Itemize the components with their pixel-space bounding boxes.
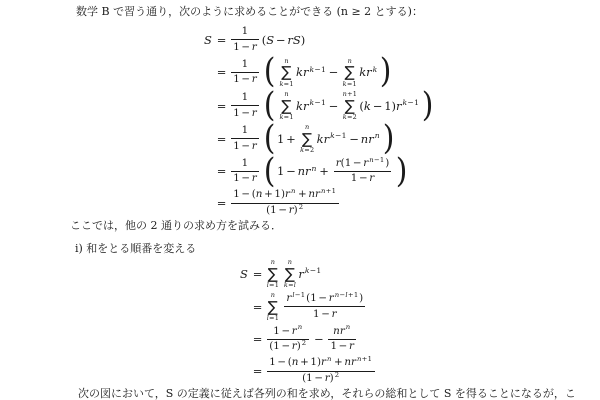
equation-lhs: S <box>204 33 212 47</box>
intro-text: 数学 B で習う通り，次のように求めることができる (n ≥ 2 とする)： <box>76 5 423 19</box>
big-paren: ( <box>263 92 275 120</box>
equation-rhs: =n∑l=1rl−1(1−rn−l+1)1−r <box>251 292 378 321</box>
equation-rhs: =11−r(S−rS) <box>215 26 435 54</box>
item-i-heading: i) 和をとる順番を変える <box>75 242 196 256</box>
equation-rhs: =11−r(1−nrn+r(1−rn−1)1−r) <box>215 158 435 186</box>
summation-symbol: n∑l=1 <box>267 259 279 288</box>
equation-rhs: =11−r(1+n∑k=2krk−1−nrn) <box>215 124 435 153</box>
summation-symbol: n∑k=1 <box>279 58 293 87</box>
summation-symbol: n∑k=l <box>284 259 296 288</box>
big-paren: ( <box>263 125 275 153</box>
equation-rhs: =11−r(n∑k=1krk−1−n∑k=1krk) <box>215 58 435 87</box>
big-paren: ) <box>382 125 394 153</box>
big-paren: ( <box>263 58 275 86</box>
summation-symbol: n+1∑k=2 <box>343 91 357 120</box>
summation-symbol: n∑l=1 <box>267 292 279 321</box>
equation-lhs: S <box>240 267 248 281</box>
big-paren: ) <box>380 58 392 86</box>
summation-symbol: n∑k=2 <box>300 124 314 153</box>
equation-block-standard-derivation: S=11−r(S−rS)=11−r(n∑k=1krk−1−n∑k=1krk)=1… <box>204 26 435 217</box>
equation-rhs: =1−(n+1)rn+nrn+1(1−r)2 <box>251 357 378 385</box>
document-page: 数学 B で習う通り，次のように求めることができる (n ≥ 2 とする)： S… <box>0 0 600 400</box>
equation-rhs: =1−(n+1)rn+nrn+1(1−r)2 <box>215 189 435 217</box>
equation-block-reorder-sum: S=n∑l=1n∑k=lrk−1=n∑l=1rl−1(1−rn−l+1)1−r=… <box>240 259 378 385</box>
equation-rhs: =1−rn(1−r)2−nrn1−r <box>251 326 378 354</box>
summation-symbol: n∑k=1 <box>279 91 293 120</box>
equation-rhs: =n∑l=1n∑k=lrk−1 <box>251 259 378 288</box>
bottom-text-cutoff: 次の図において，S の定義に従えば各列の和を求め，それらの総和として S を得る… <box>78 387 576 400</box>
big-paren: ) <box>422 92 434 120</box>
equation-rhs: =11−r(n∑k=1krk−1−n+1∑k=2(k−1)rk−1) <box>215 91 435 120</box>
big-paren: ) <box>396 158 408 186</box>
big-paren: ( <box>263 158 275 186</box>
summation-symbol: n∑k=1 <box>343 58 357 87</box>
middle-text: ここでは，他の 2 通りの求め方を試みる． <box>70 219 282 233</box>
